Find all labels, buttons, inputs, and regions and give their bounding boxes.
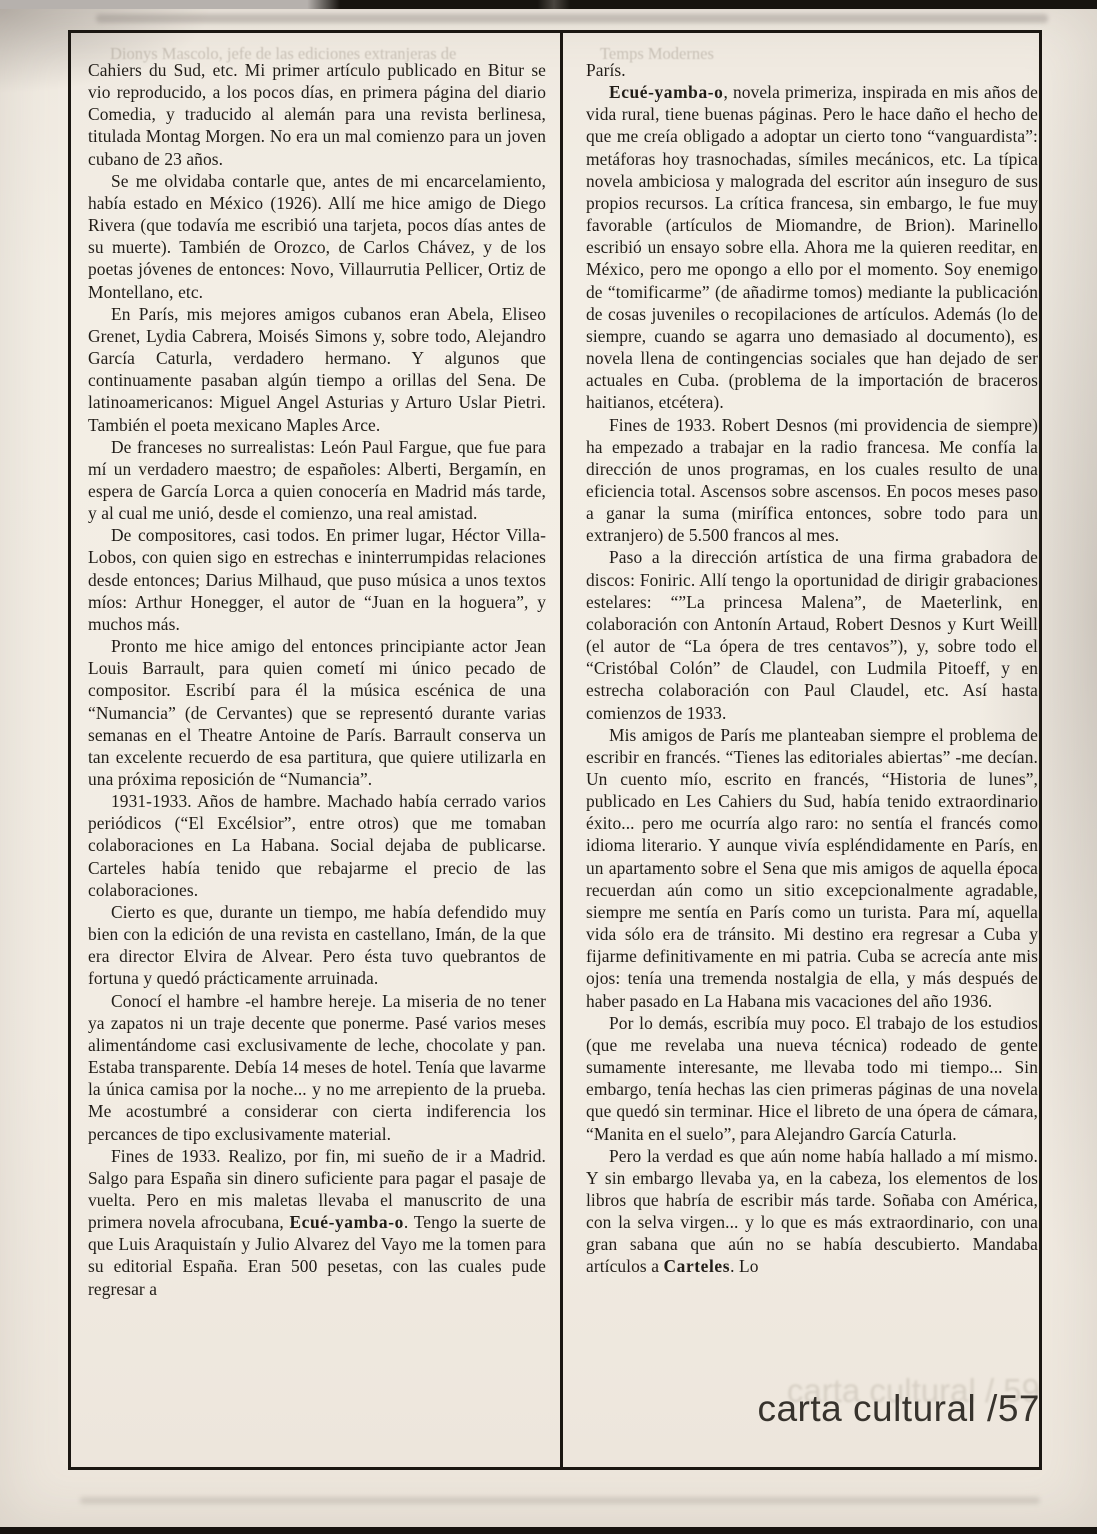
text-run: , novela primeriza, inspirada en mis año… [586,82,1038,412]
bold-text-run: Ecué-yamba-o [609,82,723,102]
text-run: Mis amigos de París me planteaban siempr… [586,725,1038,1011]
text-run: De franceses no surrealistas: León Paul … [88,437,546,523]
bold-text-run: Carteles [664,1256,731,1276]
paragraph: Por lo demás, escribía muy poco. El trab… [586,1012,1038,1145]
text-run: . Lo [730,1256,758,1276]
paragraph: Cierto es que, durante un tiempo, me hab… [88,901,546,990]
column-divider-rule [560,30,563,1470]
text-run: Fines de 1933. Robert Desnos (mi provide… [586,415,1038,546]
paragraph: De franceses no surrealistas: León Paul … [88,436,546,525]
text-run: Paso a la dirección artística de una fir… [586,547,1038,722]
scanner-edge-top [0,0,1097,9]
page-footer-magazine-title: carta cultural /57 [640,1388,1040,1430]
text-run: Conocí el hambre -el hambre hereje. La m… [88,991,546,1144]
text-run: Pronto me hice amigo del entonces princi… [88,636,546,789]
text-run: Se me olvidaba contarle que, antes de mi… [88,171,546,302]
paragraph: Fines de 1933. Robert Desnos (mi provide… [586,414,1038,547]
page-edge-shadow-top [96,14,1048,23]
text-run: 1931-1933. Años de hambre. Machado había… [88,791,546,900]
text-run: De compositores, casi todos. En primer l… [88,525,546,634]
text-run: Cierto es que, durante un tiempo, me hab… [88,902,546,988]
paragraph: En París, mis mejores amigos cubanos era… [88,303,546,436]
page-edge-shadow-bottom [80,1497,1040,1504]
paragraph: Cahiers du Sud, etc. Mi primer artículo … [88,59,546,170]
paragraph: Ecué-yamba-o, novela primeriza, inspirad… [586,81,1038,413]
text-run: Por lo demás, escribía muy poco. El trab… [586,1013,1038,1144]
bold-text-run: Ecué-yamba-o [289,1212,403,1232]
paragraph: Pronto me hice amigo del entonces princi… [88,635,546,790]
paragraph: Pero la verdad es que aún nome había hal… [586,1145,1038,1278]
scanner-edge-bottom [0,1527,1097,1534]
paragraph: Fines de 1933. Realizo, por fin, mi sueñ… [88,1145,546,1300]
text-run: Cahiers du Sud, etc. Mi primer artículo … [88,60,546,169]
paragraph: 1931-1933. Años de hambre. Machado había… [88,790,546,901]
text-run: Pero la verdad es que aún nome había hal… [586,1146,1038,1277]
text-run: En París, mis mejores amigos cubanos era… [88,304,546,435]
paragraph: Mis amigos de París me planteaban siempr… [586,724,1038,1012]
paragraph: Se me olvidaba contarle que, antes de mi… [88,170,546,303]
paragraph: Conocí el hambre -el hambre hereje. La m… [88,990,546,1145]
paragraph: París. [586,59,1038,81]
paragraph: Paso a la dirección artística de una fir… [586,546,1038,723]
scanned-magazine-page: { "footer": { "text": "carta cultural /5… [0,0,1097,1534]
text-run: París. [586,60,626,80]
right-text-column: París.Ecué-yamba-o, novela primeriza, in… [586,59,1038,1278]
left-text-column: Cahiers du Sud, etc. Mi primer artículo … [88,59,546,1300]
paragraph: De compositores, casi todos. En primer l… [88,524,546,635]
